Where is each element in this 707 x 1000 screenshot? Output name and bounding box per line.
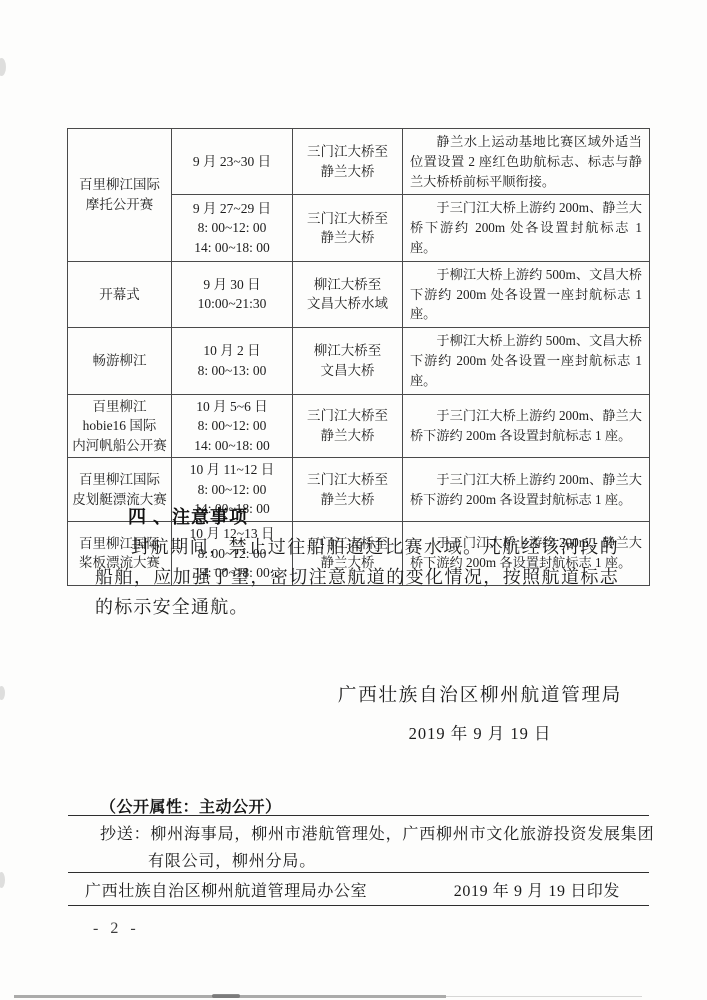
signature-date: 2019 年 9 月 19 日 xyxy=(330,720,630,744)
scan-artifact-strip-light xyxy=(446,996,642,998)
measure-cell: 静兰水上运动基地比赛区域外适当位置设置 2 座红色助航标志、标志与静兰大桥桥前标… xyxy=(403,129,650,195)
measure-cell: 于三门江大桥上游约 200m、静兰大桥下游约 200m 各设置封航标志 1 座。 xyxy=(403,394,650,458)
footer-cc-line: 抄送：柳州海事局，柳州市港航管理处，广西柳州市文化旅游投资发展集团有限公司，柳州… xyxy=(100,821,668,875)
event-cell: 百里柳江国际 摩托公开赛 xyxy=(68,129,172,262)
area-cell: 三门江大桥至 静兰大桥 xyxy=(293,394,403,458)
measure-cell: 于三门江大桥上游约 200m、静兰大桥下游约 200m 各设置封航标志 1 座。 xyxy=(403,458,650,522)
notice-heading: 四 、注意事项 xyxy=(128,503,248,529)
area-cell: 三门江大桥至 静兰大桥 xyxy=(293,458,403,522)
signature-block: 广西壮族自治区柳州航道管理局 2019 年 9 月 19 日 xyxy=(330,681,630,744)
area-cell: 柳江大桥至 文昌大桥 xyxy=(293,328,403,394)
measure-cell: 于柳江大桥上游约 500m、文昌大桥下游约 200m 处各设置一座封航标志 1 … xyxy=(403,328,650,394)
table-row: 畅游柳江 10 月 2 日 8: 00~13: 00 柳江大桥至 文昌大桥 于柳… xyxy=(68,328,650,394)
area-cell: 三门江大桥至 静兰大桥 xyxy=(293,195,403,261)
document-page: 百里柳江国际 摩托公开赛 9 月 23~30 日 三门江大桥至 静兰大桥 静兰水… xyxy=(0,0,707,1000)
time-cell: 10 月 2 日 8: 00~13: 00 xyxy=(172,328,293,394)
measure-cell: 于三门江大桥上游约 200m、静兰大桥下游约 200m 处各设置封航标志 1 座… xyxy=(403,195,650,261)
signature-agency: 广西壮族自治区柳州航道管理局 xyxy=(330,681,630,707)
measure-cell: 于柳江大桥上游约 500m、文昌大桥下游约 200m 处各设置一座封航标志 1 … xyxy=(403,261,650,327)
footer-print-date: 2019 年 9 月 19 日印发 xyxy=(454,878,620,901)
footer-issuer-row: 广西壮族自治区柳州航道管理局办公室 2019 年 9 月 19 日印发 xyxy=(85,878,620,901)
table-row: 开幕式 9 月 30 日 10:00~21:30 柳江大桥至 文昌大桥水域 于柳… xyxy=(68,261,650,327)
footer-issuer: 广西壮族自治区柳州航道管理局办公室 xyxy=(85,878,367,901)
event-cell: 百里柳江 hobie16 国际 内河帆船公开赛 xyxy=(68,394,172,458)
scan-smudge xyxy=(0,686,5,700)
time-cell: 9 月 23~30 日 xyxy=(172,129,293,195)
area-cell: 柳江大桥至 文昌大桥水域 xyxy=(293,261,403,327)
notice-body: 封航期间，禁止过往船舶通过比赛水域。凡航经该河段的船舶，应加强了望，密切注意航道… xyxy=(95,532,619,622)
table-row: 百里柳江国际 摩托公开赛 9 月 23~30 日 三门江大桥至 静兰大桥 静兰水… xyxy=(68,129,650,195)
time-cell: 10 月 5~6 日 8: 00~12: 00 14: 00~18: 00 xyxy=(172,394,293,458)
footer-divider-bottom xyxy=(68,905,649,906)
event-cell: 开幕式 xyxy=(68,261,172,327)
event-cell: 畅游柳江 xyxy=(68,328,172,394)
footer-divider-top xyxy=(68,815,649,816)
scan-smudge xyxy=(0,872,5,888)
time-cell: 9 月 27~29 日 8: 00~12: 00 14: 00~18: 00 xyxy=(172,195,293,261)
scan-smudge xyxy=(0,58,6,76)
time-cell: 9 月 30 日 10:00~21:30 xyxy=(172,261,293,327)
area-cell: 三门江大桥至 静兰大桥 xyxy=(293,129,403,195)
footer-divider-middle xyxy=(68,872,649,873)
footer-attribute-line: （公开属性：主动公开） xyxy=(100,794,282,817)
table-row: 百里柳江 hobie16 国际 内河帆船公开赛 10 月 5~6 日 8: 00… xyxy=(68,394,650,458)
page-number: - 2 - xyxy=(93,920,140,938)
scan-artifact-blob xyxy=(212,994,240,998)
